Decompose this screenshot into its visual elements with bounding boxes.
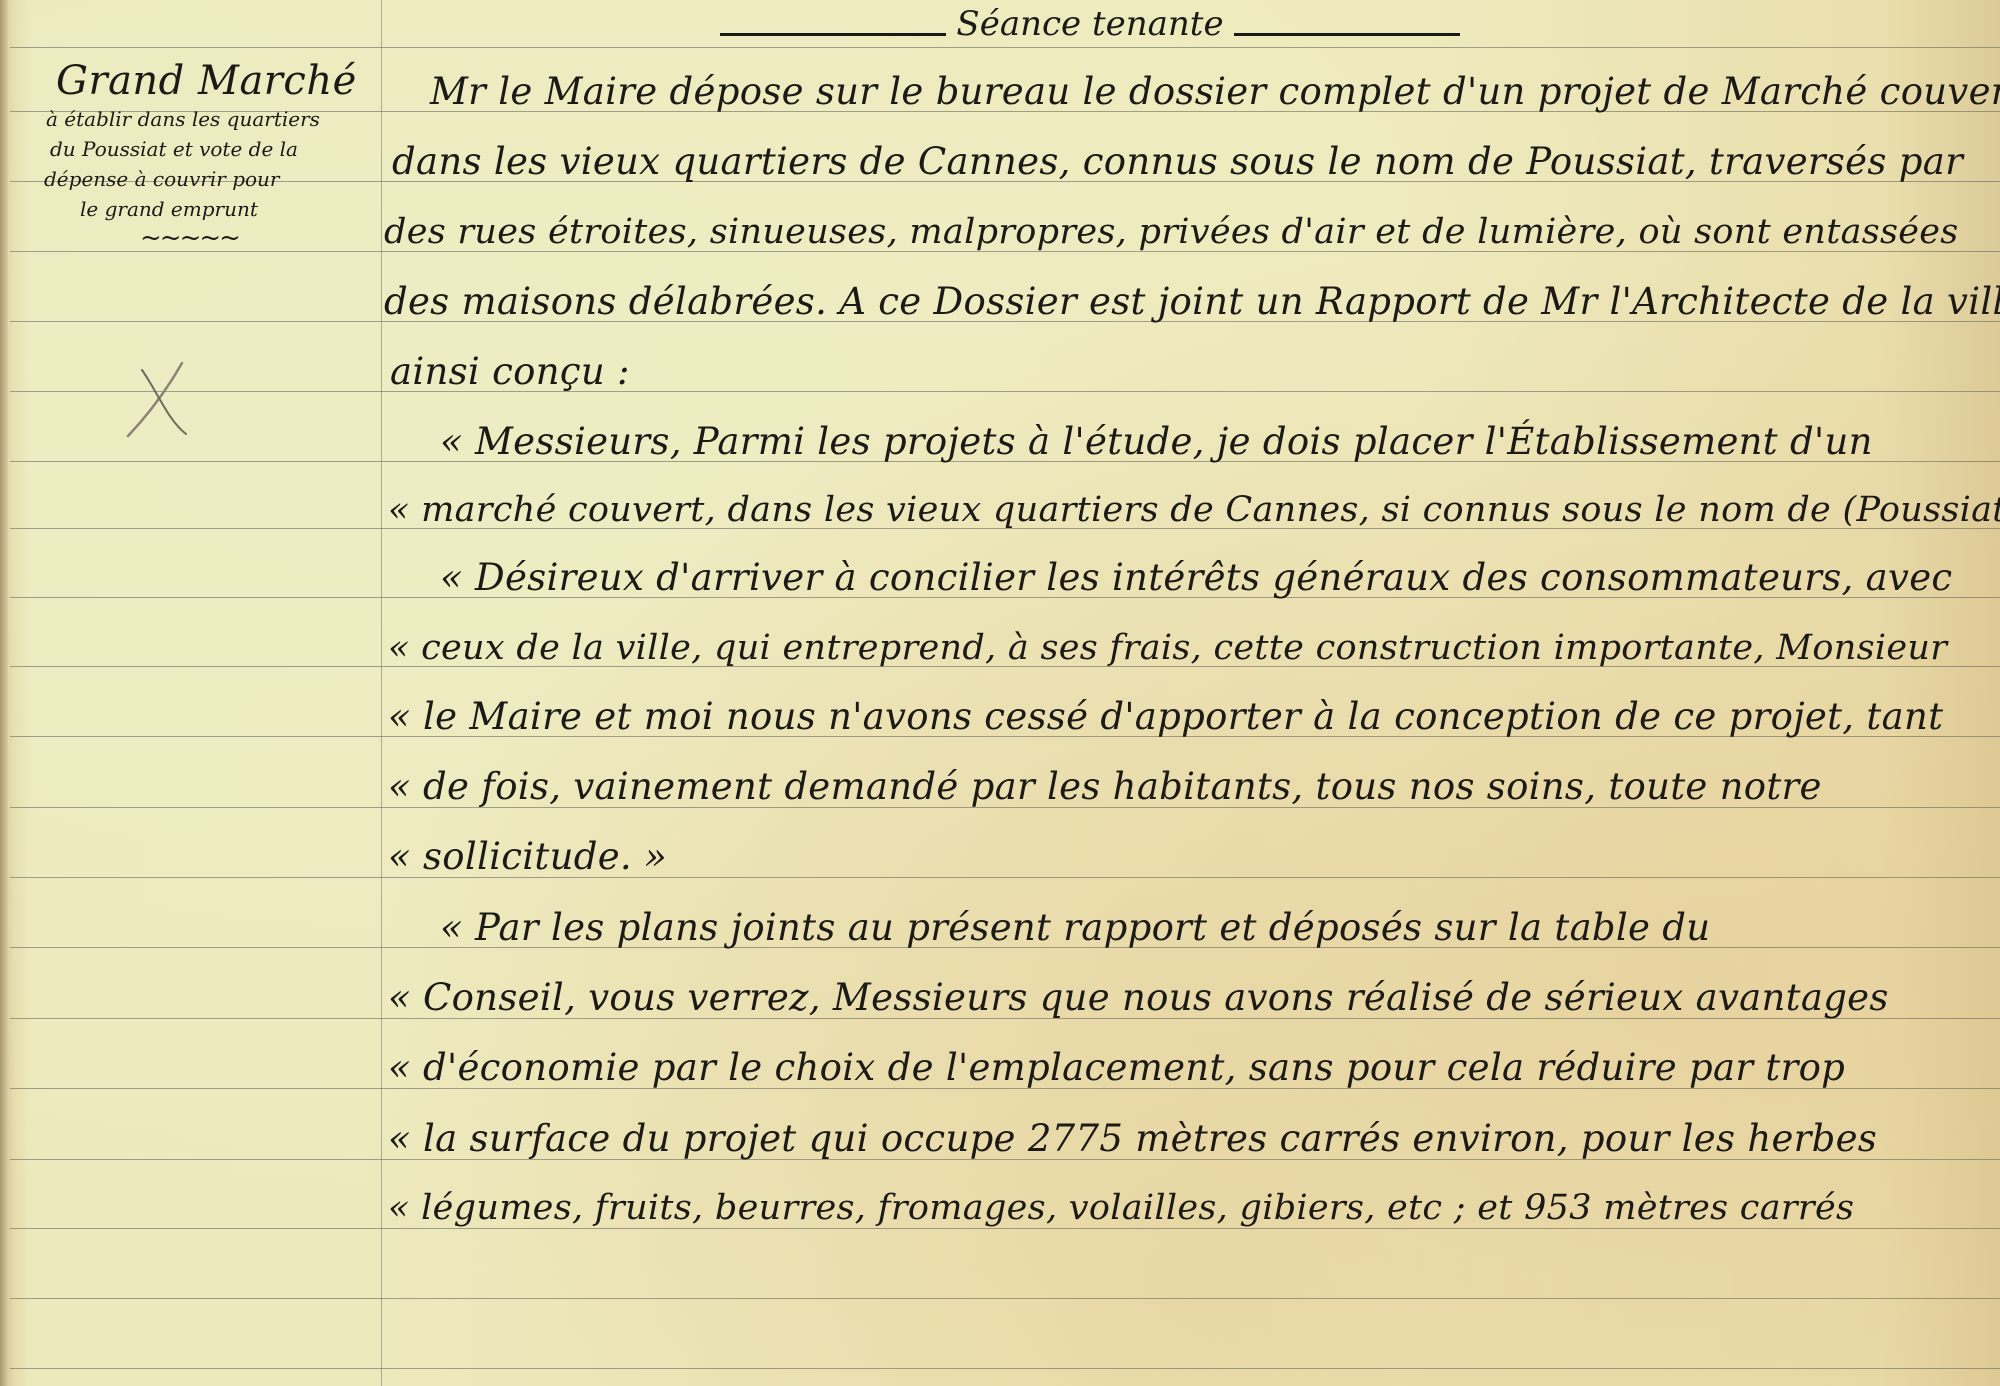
text-line: Mr le Maire dépose sur le bureau le doss… — [430, 70, 2000, 114]
ruled-line — [10, 877, 2000, 878]
ruled-line — [10, 391, 2000, 392]
text-line: « la surface du projet qui occupe 2775 m… — [388, 1117, 1877, 1161]
text-line: « marché couvert, dans les vieux quartie… — [388, 488, 2000, 532]
margin-note-line: du Poussiat et vote de la — [50, 134, 380, 164]
margin-note-title: Grand Marché — [56, 58, 380, 104]
text-line: « sollicitude. » — [388, 835, 667, 879]
text-line: « ceux de la ville, qui entreprend, à se… — [388, 626, 1947, 670]
ruled-line — [10, 1368, 2000, 1369]
text-line: « Conseil, vous verrez, Messieurs que no… — [388, 976, 1889, 1020]
text-line: « d'économie par le choix de l'emplaceme… — [388, 1046, 1845, 1090]
margin-rule — [381, 0, 382, 1386]
text-line: « Par les plans joints au présent rappor… — [440, 906, 1710, 950]
ruled-line — [10, 1298, 2000, 1299]
text-line: des rues étroites, sinueuses, malpropres… — [384, 210, 1959, 254]
ruled-line — [10, 47, 2000, 48]
text-line: « Désireux d'arriver à concilier les int… — [440, 556, 1952, 600]
pencil-x-mark-icon — [120, 358, 190, 438]
text-line: « Messieurs, Parmi les projets à l'étude… — [440, 420, 1873, 464]
text-line: « le Maire et moi nous n'avons cessé d'a… — [388, 695, 1943, 739]
text-line: des maisons délabrées. A ce Dossier est … — [384, 280, 2000, 324]
manuscript-page: Séance tenante Grand Marché à établir da… — [0, 0, 2000, 1386]
text-line: « légumes, fruits, beurres, fromages, vo… — [388, 1186, 1854, 1230]
margin-note-line: à établir dans les quartiers — [46, 104, 380, 134]
margin-note-line: le grand emprunt — [80, 194, 380, 224]
margin-note: Grand Marché à établir dans les quartier… — [40, 58, 380, 248]
margin-note-line: dépense à couvrir pour — [44, 164, 380, 194]
text-line: ainsi conçu : — [390, 350, 630, 394]
page-binding-edge — [0, 0, 8, 1386]
text-line: « de fois, vainement demandé par les hab… — [388, 765, 1822, 809]
title-underline — [720, 4, 1460, 44]
decorative-squiggle: ~~~~~ — [140, 228, 380, 248]
text-line: dans les vieux quartiers de Cannes, conn… — [392, 140, 1963, 184]
